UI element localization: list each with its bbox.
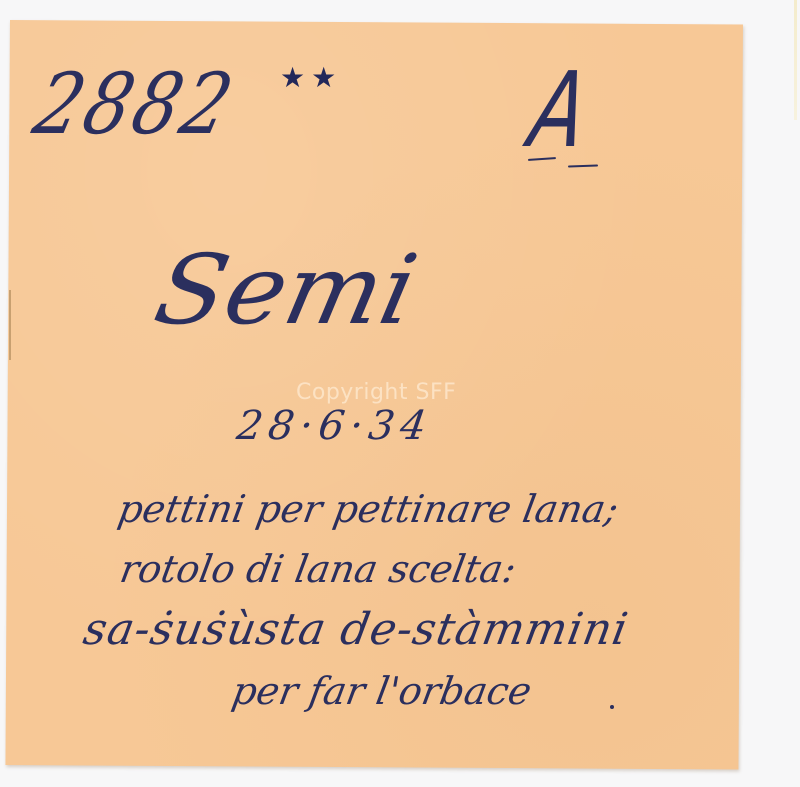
adjacent-card-edge (794, 0, 797, 120)
copyright-watermark: Copyright SFF (296, 380, 456, 405)
description-line: per far l'orbace (229, 672, 534, 710)
document-date: 28·6·34 (234, 406, 434, 446)
paper-card-left-edge (9, 290, 11, 360)
description-line: sa-ṡuṡùsta de-stàmmini (80, 608, 631, 652)
description-line: rotolo di lana scelta: (117, 550, 519, 588)
star-marks-icon: ★★ (280, 64, 342, 92)
ink-dot (610, 705, 614, 709)
description-line: pettini per pettinare lana; (115, 490, 621, 528)
document-title: Semi (148, 242, 425, 338)
catalog-number: 2882 (27, 62, 243, 146)
